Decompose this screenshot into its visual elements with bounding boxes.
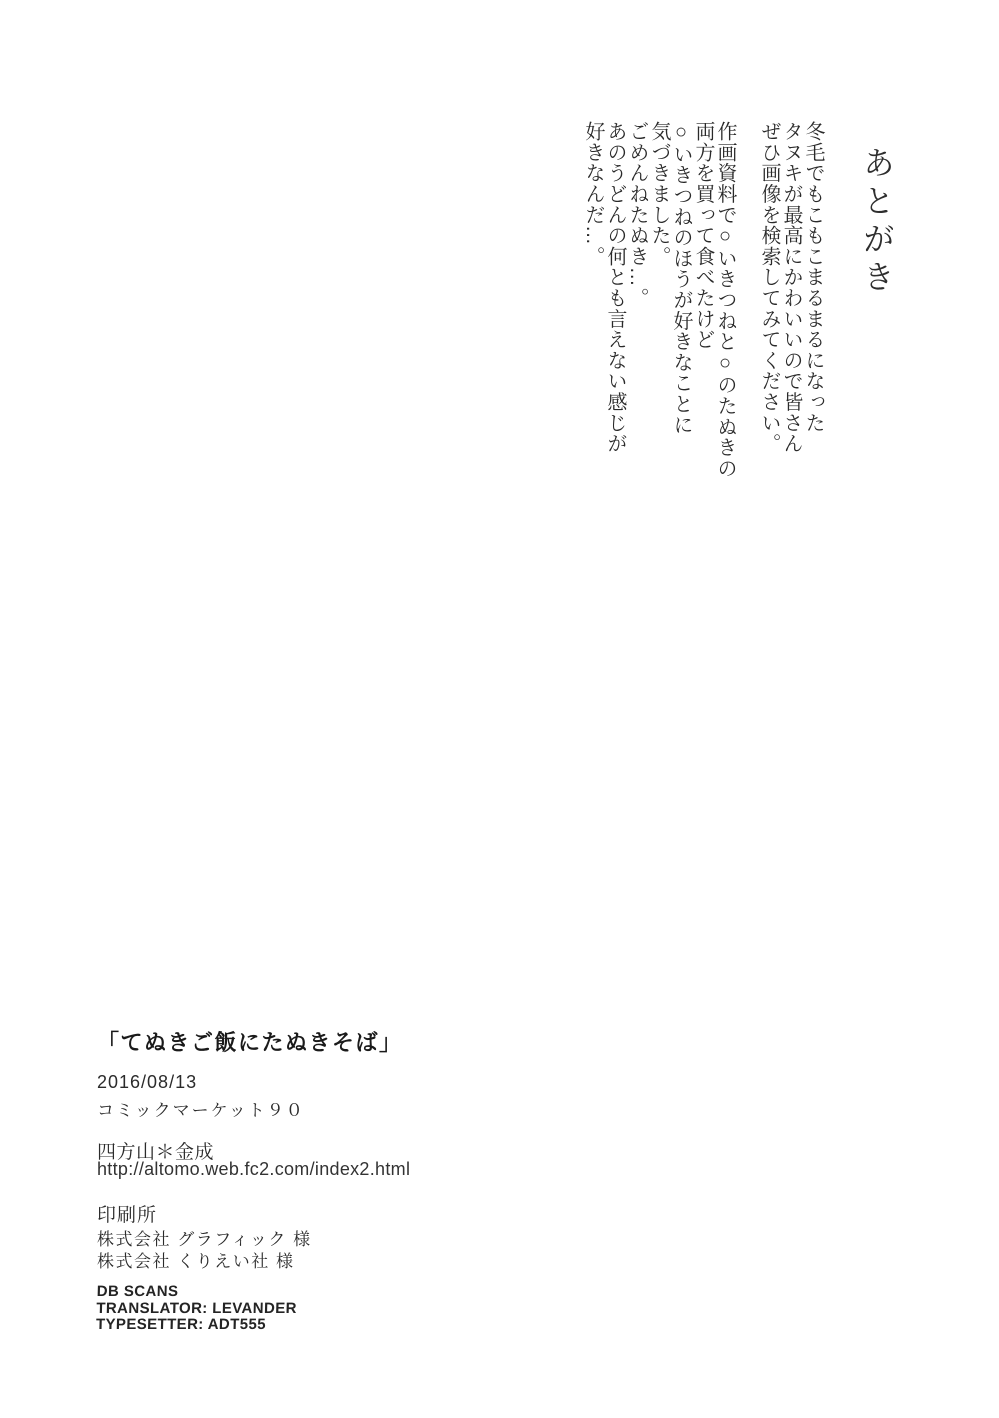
- scan-group-credit: DB SCANS: [97, 1284, 298, 1301]
- translator-credit: TRANSLATOR: LEVANDER: [96, 1301, 297, 1318]
- printer-name-2: 株式会社 くりえい社 様: [97, 1247, 294, 1272]
- website-url: http://altomo.web.fc2.com/index2.html: [97, 1159, 410, 1180]
- afterword-body-text: 冬毛でもこもこまるまるになった タヌキが最高にかわいいので皆さん ぜひ画像を検索…: [582, 121, 824, 511]
- scanlation-credits: DB SCANS TRANSLATOR: LEVANDER TYPESETTER…: [96, 1284, 298, 1334]
- release-date: 2016/08/13: [97, 1072, 197, 1093]
- afterword-paragraph-1: 冬毛でもこもこまるまるになった タヌキが最高にかわいいので皆さん ぜひ画像を検索…: [758, 121, 824, 511]
- printer-section-label: 印刷所: [97, 1200, 157, 1227]
- afterword-heading: あとがき: [854, 146, 900, 298]
- afterword-paragraph-2: 作画資料で○いきつねと○のたぬきの 両方を買って食べたけど ○いきつねのほうが好…: [582, 121, 736, 511]
- typesetter-credit: TYPESETTER: ADT555: [96, 1317, 297, 1334]
- doujin-title: 「てぬきご飯にたぬきそば」: [97, 1026, 403, 1057]
- afterword-page: あとがき 冬毛でもこもこまるまるになった タヌキが最高にかわいいので皆さん ぜひ…: [0, 0, 999, 1418]
- event-name: コミックマーケット９０: [97, 1096, 305, 1121]
